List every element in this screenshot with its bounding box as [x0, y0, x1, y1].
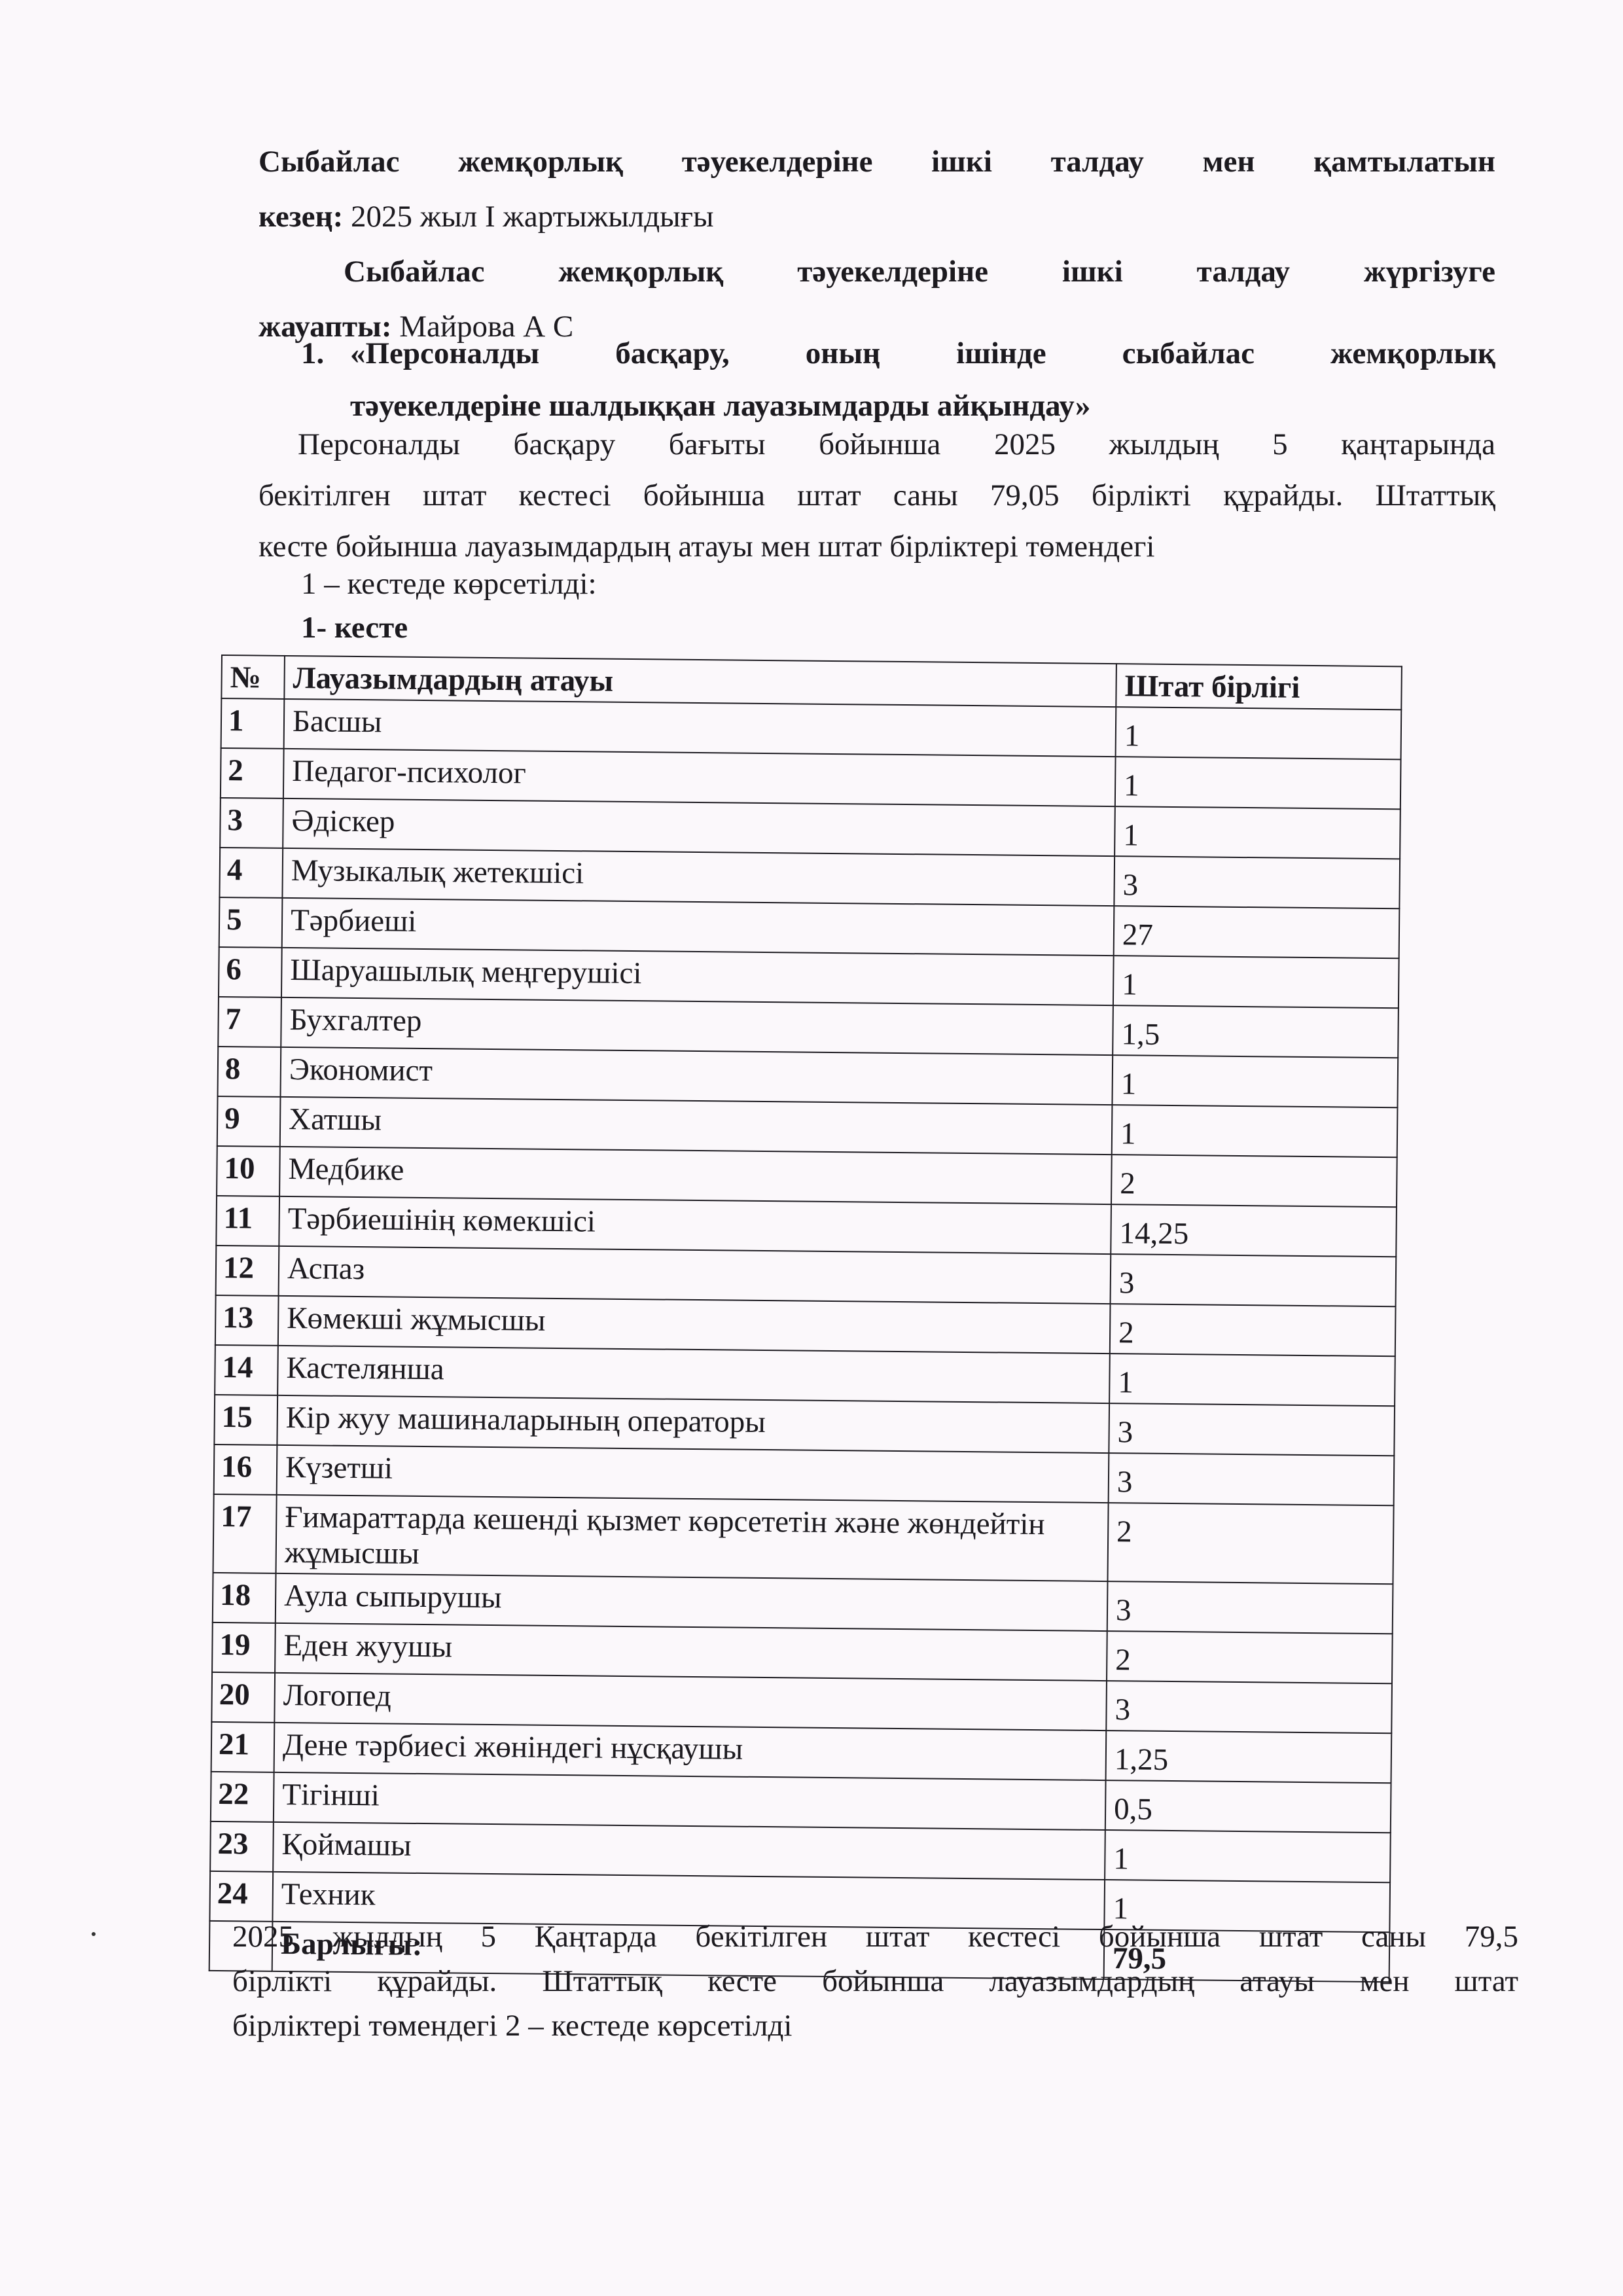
- position-name: Музыкалық жетекшісі: [282, 848, 1115, 906]
- row-number: 16: [214, 1444, 277, 1495]
- row-number: 2: [221, 748, 284, 798]
- row-number: 21: [211, 1722, 275, 1772]
- period-value: 2025 жыл I жартыжылдығы: [343, 200, 713, 234]
- staff-units: 3: [1106, 1681, 1392, 1733]
- period-label: Сыбайлас жемқорлық тәуекелдеріне ішкі та…: [259, 145, 1495, 179]
- section-number: 1.: [301, 327, 324, 380]
- row-number: 8: [218, 1047, 281, 1097]
- row-number: 17: [213, 1494, 277, 1573]
- staff-units: 2: [1107, 1503, 1393, 1584]
- row-number: 1: [221, 698, 285, 749]
- position-name: Қоймашы: [273, 1822, 1105, 1880]
- row-number: 19: [212, 1623, 276, 1673]
- position-name: Бухгалтер: [281, 997, 1113, 1055]
- position-name: Педагог-психолог: [283, 749, 1116, 806]
- staff-units: 2: [1110, 1304, 1396, 1356]
- report-header: Сыбайлас жемқорлық тәуекелдеріне ішкі та…: [259, 134, 1495, 354]
- position-name: Аула сыпырушы: [276, 1573, 1108, 1631]
- position-name: Тігінші: [274, 1772, 1106, 1830]
- row-number: 11: [216, 1196, 279, 1246]
- row-number: 4: [219, 848, 283, 898]
- responsible-line-1: Сыбайлас жемқорлық тәуекелдеріне ішкі та…: [259, 244, 1495, 299]
- staff-units: 3: [1114, 856, 1400, 908]
- staff-units: 3: [1107, 1581, 1393, 1634]
- intro-line-3: кесте бойынша лауазымдардың атауы мен шт…: [259, 521, 1495, 572]
- staff-units: 1,5: [1113, 1005, 1399, 1058]
- position-name: Әдіскер: [283, 798, 1115, 856]
- position-name: Тәрбиеші: [282, 898, 1115, 956]
- position-name: Аспаз: [279, 1246, 1111, 1304]
- position-name: Кір жуу машиналарының операторы: [277, 1395, 1109, 1453]
- staff-units: 1: [1115, 806, 1400, 859]
- position-name: Медбике: [279, 1147, 1112, 1204]
- section-title: 1. «Персоналды басқару, оның ішінде сыба…: [259, 327, 1495, 432]
- table-caption: 1- кесте: [301, 610, 408, 645]
- staff-units: 0,5: [1105, 1780, 1391, 1833]
- row-number: 18: [213, 1573, 276, 1623]
- staff-table: № Лауазымдардың атауы Штат бірлігі 1Басш…: [209, 655, 1402, 1982]
- period-line-1: Сыбайлас жемқорлық тәуекелдеріне ішкі та…: [259, 134, 1495, 189]
- position-name: Хатшы: [280, 1097, 1113, 1155]
- staff-units: 2: [1111, 1155, 1397, 1207]
- row-number: 5: [219, 897, 283, 948]
- section-title-line-2: тәуекелдеріне шалдыққан лауазымдарды айқ…: [350, 389, 1090, 423]
- table-row: 17Ғимараттарда кешенді қызмет көрсететін…: [213, 1494, 1394, 1584]
- closing-line-3: бірліктері төмендегі 2 – кестеде көрсеті…: [232, 2003, 1518, 2048]
- position-name: Логопед: [274, 1673, 1107, 1731]
- staff-units: 1,25: [1106, 1731, 1392, 1783]
- position-name: Күзетші: [277, 1445, 1109, 1503]
- closing-line-1: 2025 жылдың 5 Қаңтарда бекітілген штат к…: [232, 1914, 1518, 1959]
- position-name: Шаруашылық меңгерушісі: [281, 948, 1114, 1005]
- staff-units: 14,25: [1111, 1204, 1397, 1257]
- intro-line-1: Персоналды басқару бағыты бойынша 2025 ж…: [259, 419, 1495, 470]
- column-header-number: №: [221, 655, 285, 699]
- position-name: Кастелянша: [277, 1346, 1110, 1403]
- row-number: 20: [211, 1672, 275, 1723]
- staff-units: 2: [1107, 1631, 1393, 1683]
- position-name: Еден жуушы: [275, 1623, 1107, 1681]
- staff-units: 27: [1114, 906, 1400, 958]
- row-number: 6: [219, 947, 282, 997]
- staff-units: 1: [1116, 707, 1402, 759]
- position-name: Тәрбиешінің көмекшісі: [279, 1196, 1111, 1254]
- row-number: 3: [220, 798, 283, 848]
- staff-units: 1: [1112, 1105, 1398, 1157]
- row-number: 9: [217, 1096, 281, 1147]
- period-line-2: кезең: 2025 жыл I жартыжылдығы: [259, 189, 1495, 244]
- row-number: 7: [218, 997, 281, 1047]
- position-name: Ғимараттарда кешенді қызмет көрсететін ж…: [276, 1495, 1109, 1581]
- row-number: 14: [215, 1345, 278, 1395]
- document-page: Сыбайлас жемқорлық тәуекелдеріне ішкі та…: [0, 0, 1623, 2296]
- intro-line-4: 1 – кестеде көрсетілді:: [301, 566, 597, 601]
- row-number: 23: [210, 1821, 274, 1872]
- closing-line-2: бірлікті құрайды. Штаттық кесте бойынша …: [232, 1959, 1518, 2003]
- staff-units: 1: [1109, 1354, 1395, 1406]
- position-name: Дене тәрбиесі жөніндегі нұсқаушы: [274, 1723, 1107, 1780]
- position-name: Экономист: [281, 1047, 1113, 1105]
- section-title-line-1: «Персоналды басқару, оның ішінде сыбайла…: [350, 327, 1495, 380]
- intro-line-2: бекітілген штат кестесі бойынша штат сан…: [259, 470, 1495, 521]
- row-number: 22: [211, 1772, 274, 1822]
- scan-speck: [92, 1932, 96, 1936]
- staff-units: 1: [1105, 1830, 1391, 1882]
- column-header-position: Лауазымдардың атауы: [284, 656, 1116, 707]
- row-number: 13: [215, 1295, 279, 1346]
- position-name: Басшы: [284, 699, 1116, 757]
- staff-units: 1: [1115, 757, 1401, 809]
- period-label-end: кезең:: [259, 200, 343, 234]
- staff-units: 3: [1109, 1453, 1395, 1505]
- row-number: 12: [216, 1246, 279, 1296]
- staff-units: 1: [1112, 1055, 1398, 1107]
- row-number: 10: [217, 1146, 280, 1196]
- staff-units: 3: [1109, 1403, 1395, 1456]
- responsible-label: Сыбайлас жемқорлық тәуекелдеріне ішкі та…: [344, 255, 1495, 289]
- column-header-units: Штат бірлігі: [1116, 664, 1402, 709]
- intro-paragraph: Персоналды басқару бағыты бойынша 2025 ж…: [259, 419, 1495, 572]
- position-name: Көмекші жұмысшы: [278, 1296, 1111, 1354]
- staff-units: 3: [1111, 1254, 1397, 1306]
- row-number: 15: [214, 1395, 277, 1445]
- staff-units: 1: [1113, 956, 1399, 1008]
- closing-paragraph: 2025 жылдың 5 Қаңтарда бекітілген штат к…: [232, 1914, 1518, 2048]
